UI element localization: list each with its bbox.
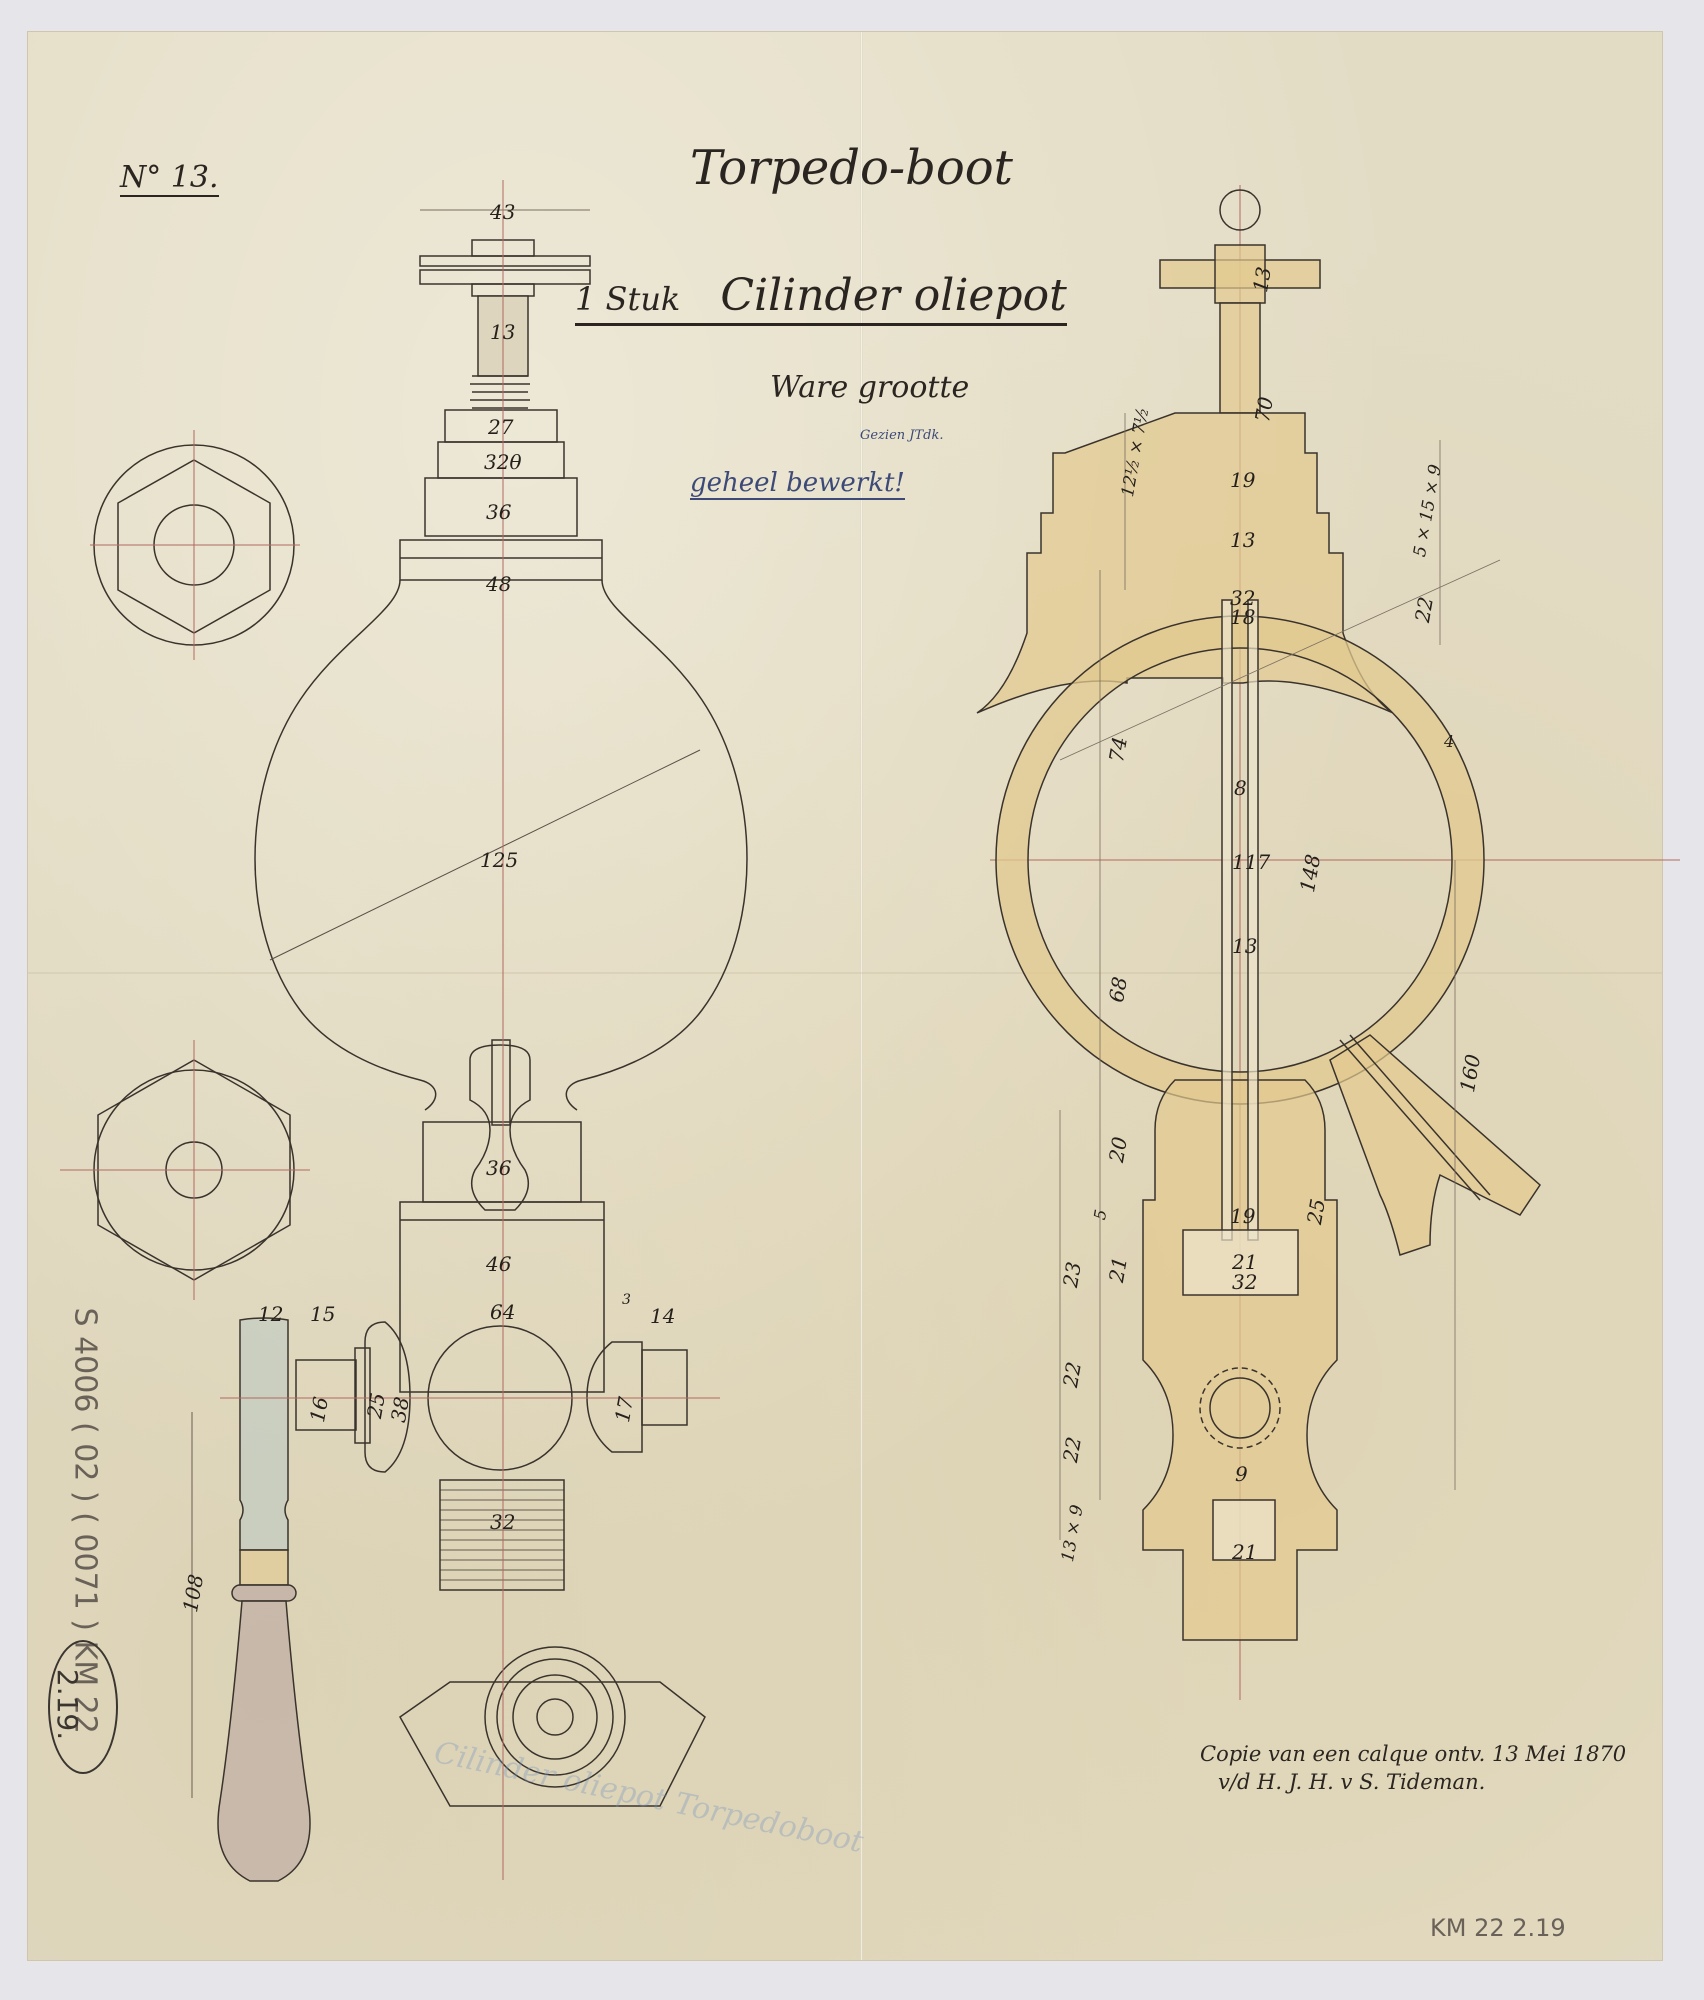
dim-stem: 13 (490, 320, 515, 344)
dim-right-lower: 22 (1410, 595, 1438, 624)
dim-bottom-plug: 21 (1232, 1540, 1257, 1564)
quantity-label: 1 Stuk (575, 280, 680, 318)
left-bulb-outline (255, 580, 747, 1110)
dim-thread: 32 (490, 1510, 515, 1534)
dim-thread-length: 25 (1302, 1197, 1330, 1226)
dim-nut-width: 14 (650, 1304, 675, 1328)
archive-oval-stamp: 2.19. (48, 1640, 118, 1774)
handle-grip (218, 1601, 310, 1881)
drawing-title: Torpedo-boot (690, 140, 1013, 196)
archive-reference: S 4006 ( 02 ) ( 0071 ) KM 22 (68, 1308, 103, 1668)
dim-bulb-diameter: 125 (480, 848, 518, 872)
finish-note: geheel bewerkt! (690, 468, 905, 500)
dim-cap-width: 43 (490, 200, 515, 224)
dim-neck: 36 (486, 1156, 511, 1180)
dim-nut-hole: 17 (610, 1395, 638, 1424)
dim-ring1: 27 (488, 415, 513, 439)
dim-top-bar: 13 (1248, 265, 1276, 294)
dim-bore-lower: 19 (1230, 1204, 1255, 1228)
drawing-subtitle: 1 StukCilinder oliepot (575, 270, 1067, 326)
dim-handle-b: 15 (310, 1302, 335, 1326)
dim-left-23: 23 (1058, 1260, 1086, 1289)
part-name: Cilinder oliepot (720, 270, 1066, 321)
archive-oval-text: 2.19. (51, 1669, 84, 1740)
dim-lower-plug-outer: 32 (1232, 1270, 1257, 1294)
copy-note-line-2: v/d H. J. H. v S. Tideman. (1218, 1770, 1485, 1794)
dim-inner-tube: 8 (1234, 776, 1247, 800)
dim-bore-upper: 19 (1230, 468, 1255, 492)
drawing-number: N° 13. (120, 160, 219, 197)
dim-sleeve-inner: 18 (1230, 605, 1255, 629)
dim-handle-bore: 16 (305, 1395, 333, 1424)
dim-left-22b: 22 (1058, 1435, 1086, 1464)
dim-bore-mid: 13 (1230, 528, 1255, 552)
handle-upper (240, 1318, 288, 1550)
dim-cross-body: 64 (490, 1300, 515, 1324)
dim-plug-outer: 38 (386, 1395, 414, 1424)
dim-body: 46 (486, 1252, 511, 1276)
left-cap-assembly (400, 210, 602, 580)
dim-wall: 4 (1444, 732, 1454, 751)
copy-note-line-1: Copie van een calque ontv. 13 Mei 1870 (1200, 1742, 1626, 1766)
dim-left-21: 21 (1104, 1255, 1132, 1284)
checked-note: Gezien JTdk. (860, 428, 944, 443)
dim-spindle: 70 (1250, 395, 1278, 424)
inventory-code: KM 22 2.19 (1430, 1914, 1566, 1942)
dim-left-22a: 22 (1058, 1360, 1086, 1389)
dim-base-top: 48 (486, 572, 511, 596)
dim-nut-gap: 3 (622, 1292, 631, 1308)
dim-sphere-inner: 117 (1232, 850, 1270, 874)
dim-tube-outer: 13 (1232, 934, 1257, 958)
dim-bottom-bore: 9 (1235, 1462, 1248, 1486)
dim-ring3: 36 (486, 500, 511, 524)
dim-ring2: 32θ (484, 450, 522, 474)
dim-lower-half: 68 (1104, 975, 1132, 1004)
dim-upper-half: 74 (1104, 735, 1132, 764)
dim-left-20: 20 (1104, 1135, 1132, 1164)
dim-handle-a: 12 (258, 1302, 283, 1326)
scale-note: Ware grootte (770, 370, 969, 405)
